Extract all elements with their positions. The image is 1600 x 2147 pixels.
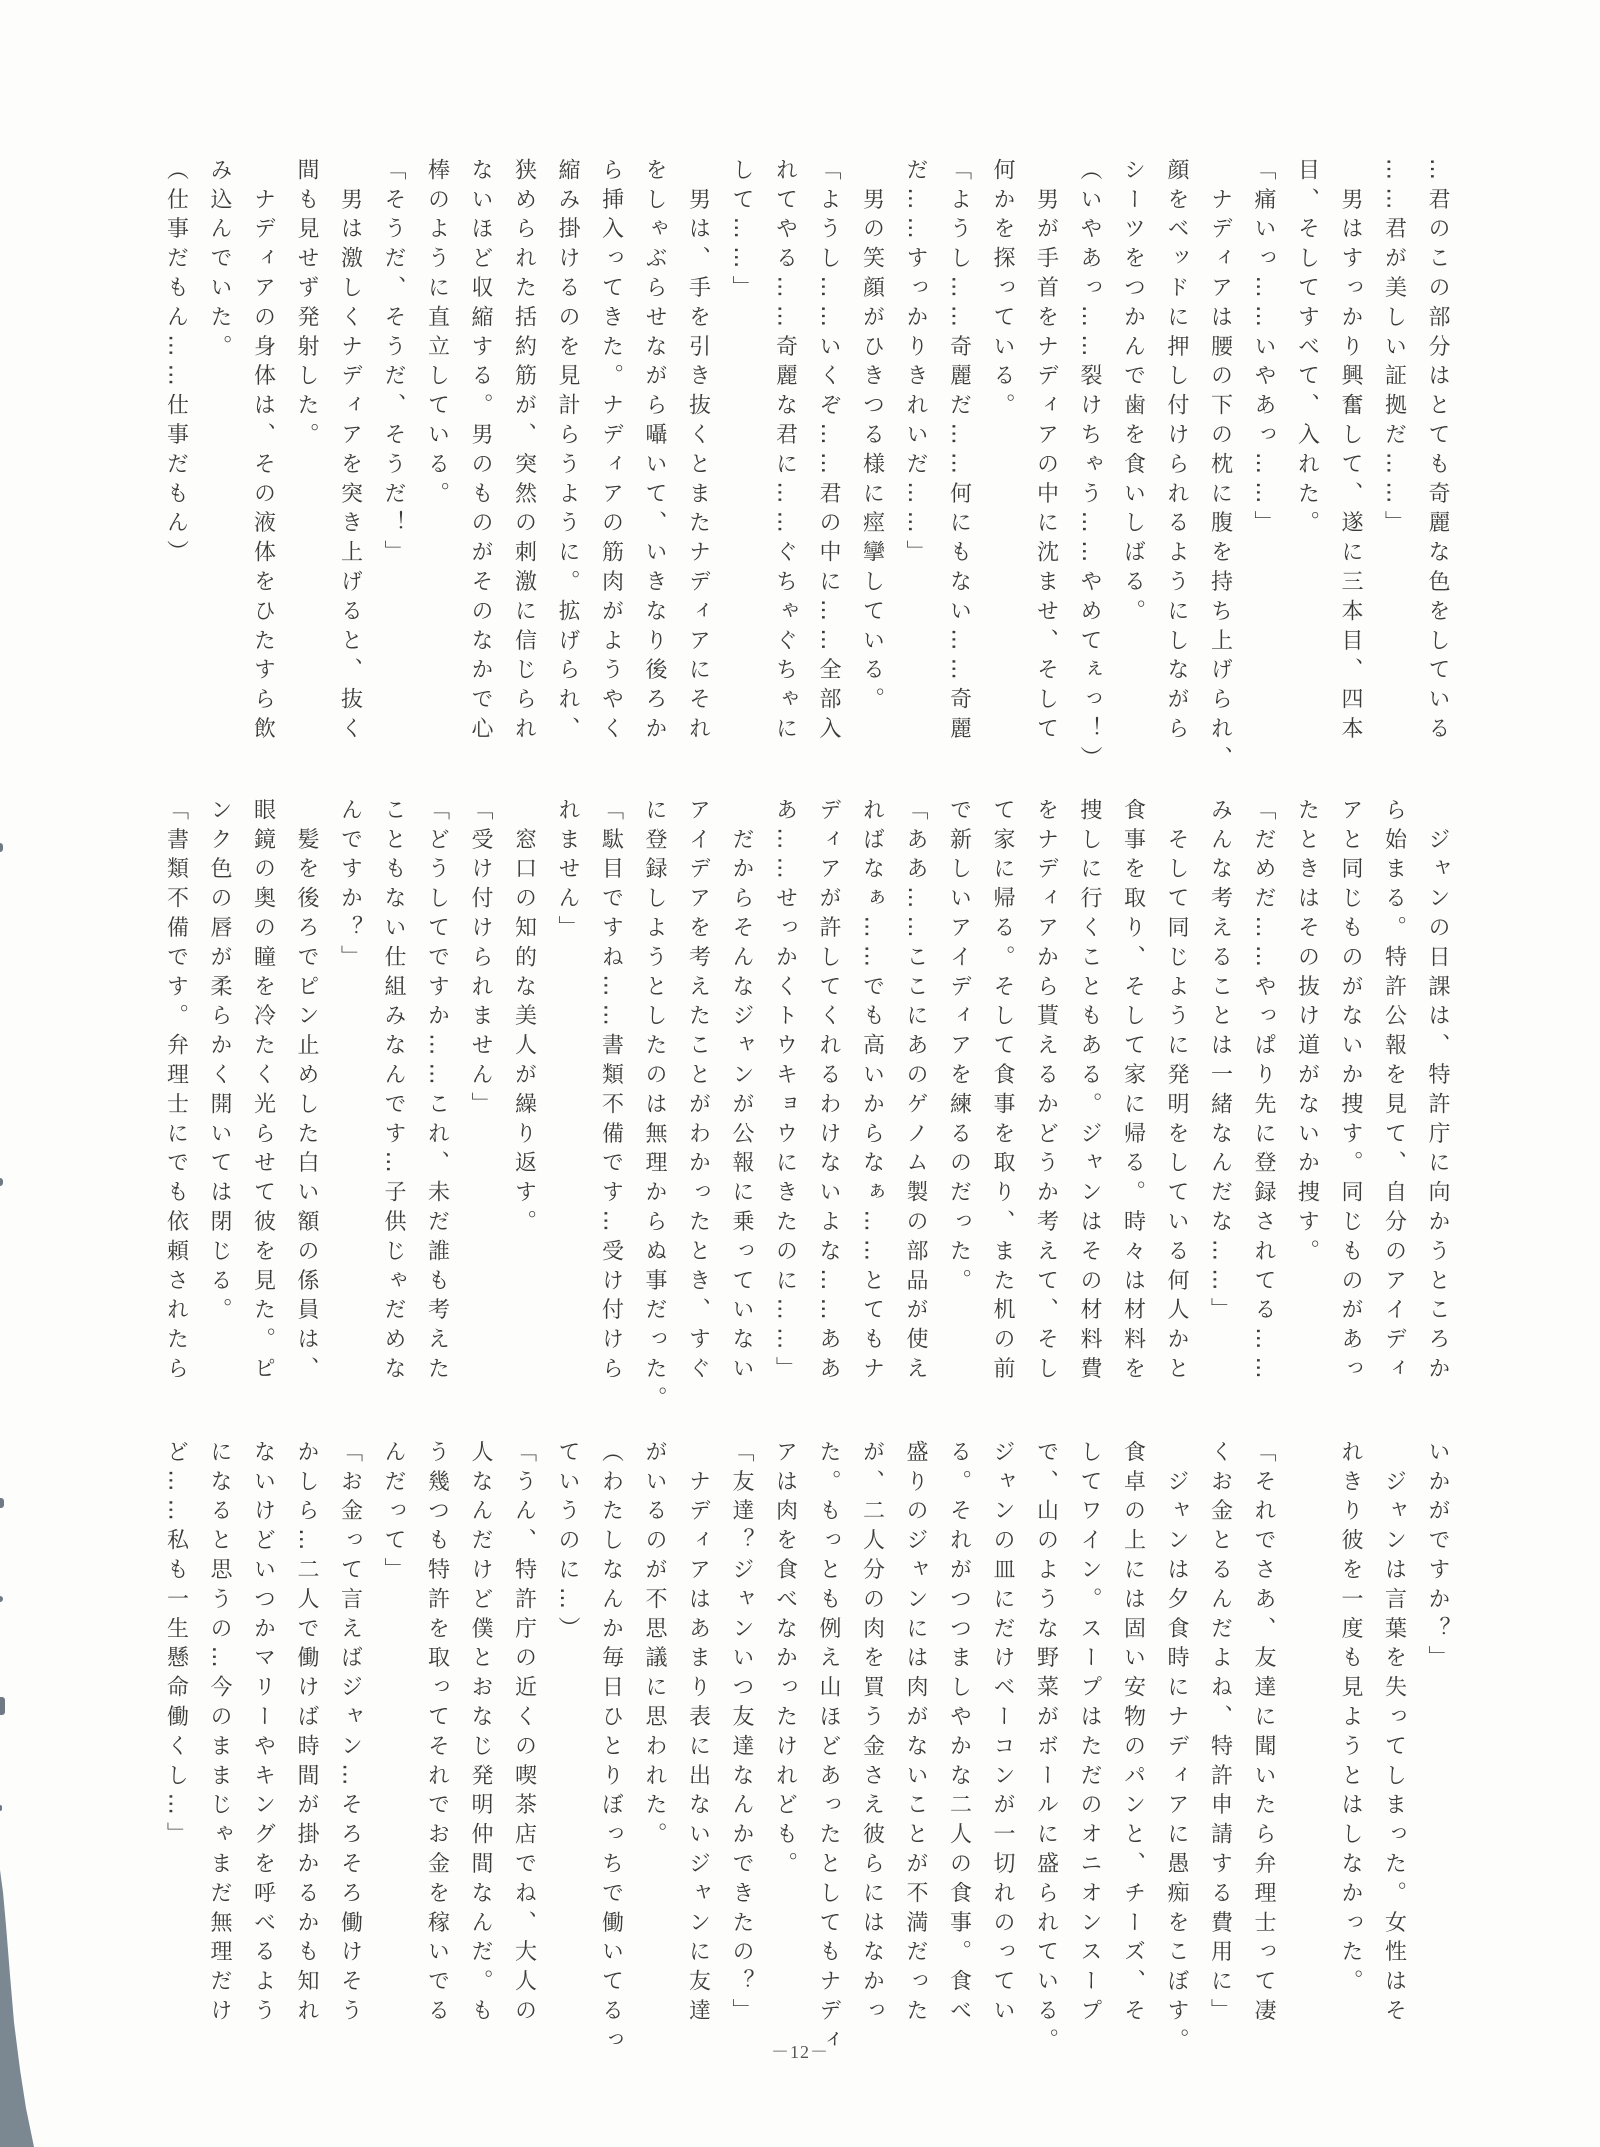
text-column: に登録しようとしたのは無理からぬ事だった。 [633,798,677,1398]
text-column: んですか？」 [328,798,372,1398]
text-column: 「そうだ、そうだ、そうだ！」 [372,158,416,758]
text-column: をしゃぶらせながら囁いて、いきなり後ろか [633,158,677,758]
text-column: 「だめだ……やっぱり先に登録されてる…… [1242,798,1286,1398]
text-column: 「どうしてですか……これ、未だ誰も考えた [415,798,459,1398]
text-column: （わたしなんか毎日ひとりぼっちで働いてるっ [589,1440,633,2040]
text-column: 食事を取り、そして家に帰る。時々は材料を [1111,798,1155,1398]
text-column: が、二人分の肉を買う金さえ彼らにはなかっ [850,1440,894,2040]
text-column: ないほど収縮する。男のものがそのなかで心 [459,158,503,758]
text-column: 「痛いっ……いやあっ……」 [1242,158,1286,758]
text-column: アと同じものがないか捜す。同じものがあっ [1329,798,1373,1398]
text-column: 男が手首をナディアの中に沈ませ、そして [1024,158,1068,758]
text-column: 目、そしてすべて、入れた。 [1285,158,1329,758]
text-column: ナディアの身体は、その液体をひたすら飲 [241,158,285,758]
text-column: ……君が美しい証拠だ……」 [1372,158,1416,758]
text-column: 顔をベッドに押し付けられるようにしながら [1155,158,1199,758]
text-column: （いやあっ……裂けちゃう……やめてぇっ！） [1068,158,1112,758]
text-column: そして同じように発明をしている何人かと [1155,798,1199,1398]
text-column: ないけどいつかマリーやキングを呼べるよう [241,1440,285,2040]
text-block-middle: ジャンの日課は、特許庁に向かうところか ら始まる。特許公報を見て、自分のアイディ… [154,798,1459,1438]
text-column: 「うん、特許庁の近くの喫茶店でね、大人の [502,1440,546,2040]
text-column: あ……せっかくトウキョウにきたのに……」 [763,798,807,1398]
text-column: 盛りのジャンには肉がないことが不満だった [894,1440,938,2040]
text-column: 男は激しくナディアを突き上げると、抜く [328,158,372,758]
text-column: ればなぁ……でも高いからなぁ……とてもナ [850,798,894,1398]
text-column: れません」 [546,798,590,1398]
text-column: かしら…二人で働けば時間が掛かるかも知れ [285,1440,329,2040]
text-column: み込んでいた。 [198,158,242,758]
text-column: 「駄目ですね……書類不備です…受け付けら [589,798,633,1398]
text-column: をナディアから貰えるかどうか考えて、そし [1024,798,1068,1398]
text-column: 「ああ……ここにあのゲノム製の部品が使え [894,798,938,1398]
text-column: こともない仕組みなんです…子供じゃだめな [372,798,416,1398]
text-column: くお金とるんだよね、特許申請する費用に」 [1198,1440,1242,2040]
text-column: 何かを探っている。 [981,158,1025,758]
scan-speck [0,1805,2,1811]
text-column: してワイン。スープはただのオニオンスープ [1068,1440,1112,2040]
text-column: みんな考えることは一緒なんだな……」 [1198,798,1242,1398]
text-column: ンク色の唇が柔らかく開いては閉じる。 [198,798,242,1398]
scan-speck [0,1178,3,1186]
text-column: 「書類不備です。弁理士にでも依頼されたら [154,798,198,1398]
text-column: 「ようし……奇麗だ……何にもない……奇麗 [937,158,981,758]
blank-column [1285,1440,1329,2040]
scan-speck [0,1697,5,1715]
text-column: 「お金って言えばジャン…そろそろ働けそう [328,1440,372,2040]
text-column: ジャンは夕食時にナディアに愚痴をこぼす。 [1155,1440,1199,2040]
text-column: ら始まる。特許公報を見て、自分のアイディ [1372,798,1416,1398]
text-column: て家に帰る。そして食事を取り、また机の前 [981,798,1025,1398]
page-number: －12－ [0,2038,1600,2064]
text-column: ジャンの日課は、特許庁に向かうところか [1416,798,1460,1398]
scan-speck [0,1498,4,1508]
scan-shadow [0,1870,40,2147]
text-column: 狭められた括約筋が、突然の刺激に信じられ [502,158,546,758]
text-column: う幾つも特許を取ってそれでお金を稼いでる [415,1440,459,2040]
text-column: 「受け付けられません」 [459,798,503,1398]
text-column: ナディアは腰の下の枕に腹を持ち上げられ、 [1198,158,1242,758]
text-column: シーツをつかんで歯を食いしばる。 [1111,158,1155,758]
text-column: だからそんなジャンが公報に乗っていない [720,798,764,1398]
text-column: 眼鏡の奥の瞳を冷たく光らせて彼を見た。ピ [241,798,285,1398]
text-column: 男はすっかり興奮して、遂に三本目、四本 [1329,158,1373,758]
text-column: ジャンの皿にだけベーコンが一切れのってい [981,1440,1025,2040]
text-column: 人なんだけど僕とおなじ発明仲間なんだ。も [459,1440,503,2040]
text-column: で、山のような野菜がボールに盛られている。 [1024,1440,1068,2040]
text-column: 髪を後ろでピン止めした白い額の係員は、 [285,798,329,1398]
text-column: で新しいアイディアを練るのだった。 [937,798,981,1398]
text-column: ていうのに…） [546,1440,590,2040]
text-column: がいるのが不思議に思われた。 [633,1440,677,2040]
text-column: た。もっとも例え山ほどあったとしてもナディ [807,1440,851,2040]
text-column: ナディアはあまり表に出ないジャンに友達 [676,1440,720,2040]
text-column: 「友達？ジャンいつ友達なんかできたの？」 [720,1440,764,2040]
text-column: して……」 [720,158,764,758]
text-column: いかがですか？」 [1416,1440,1460,2040]
text-column: ディアが許してくれるわけないよな……ああ [807,798,851,1398]
text-block-bottom: いかがですか？」 ジャンは言葉を失ってしまった。女性はそ れきり彼を一度も見よう… [154,1440,1459,2080]
text-column: 窓口の知的な美人が繰り返す。 [502,798,546,1398]
scan-speck [0,843,3,852]
text-column: （仕事だもん……仕事だもん） [154,158,198,758]
text-column: になると思うの…今のままじゃまだ無理だけ [198,1440,242,2040]
text-column: …君のこの部分はとても奇麗な色をしている [1416,158,1460,758]
text-column: 捜しに行くこともある。ジャンはその材料費 [1068,798,1112,1398]
text-column: 棒のように直立している。 [415,158,459,758]
text-column: 男の笑顔がひきつる様に痙攣している。 [850,158,894,758]
text-block-top: …君のこの部分はとても奇麗な色をしている ……君が美しい証拠だ……」 男はすっか… [154,158,1459,798]
text-column: れきり彼を一度も見ようとはしなかった。 [1329,1440,1373,2040]
text-column: 男は、手を引き抜くとまたナディアにそれ [676,158,720,758]
text-column: アイデアを考えたことがわかったとき、すぐ [676,798,720,1398]
text-column: 食卓の上には固い安物のパンと、チーズ、そ [1111,1440,1155,2040]
text-column: アは肉を食べなかったけれども。 [763,1440,807,2040]
text-column: んだって」 [372,1440,416,2040]
text-column: 「ようし……いくぞ……君の中に……全部入 [807,158,851,758]
text-column: る。それがつつましやかな二人の食事。食べ [937,1440,981,2040]
text-column: 縮み掛けるのを見計らうように。拡げられ、 [546,158,590,758]
text-column: れてやる……奇麗な君に……ぐちゃぐちゃに [763,158,807,758]
text-column: ジャンは言葉を失ってしまった。女性はそ [1372,1440,1416,2040]
text-column: 間も見せず発射した。 [285,158,329,758]
scan-speck [0,1596,3,1602]
text-column: だ……すっかりきれいだ……」 [894,158,938,758]
text-column: たときはその抜け道がないか捜す。 [1285,798,1329,1398]
text-column: 「それでさあ、友達に聞いたら弁理士って凄 [1242,1440,1286,2040]
text-column: ど……私も一生懸命働くし…」 [154,1440,198,2040]
text-column: ら挿入ってきた。ナディアの筋肉がようやく [589,158,633,758]
